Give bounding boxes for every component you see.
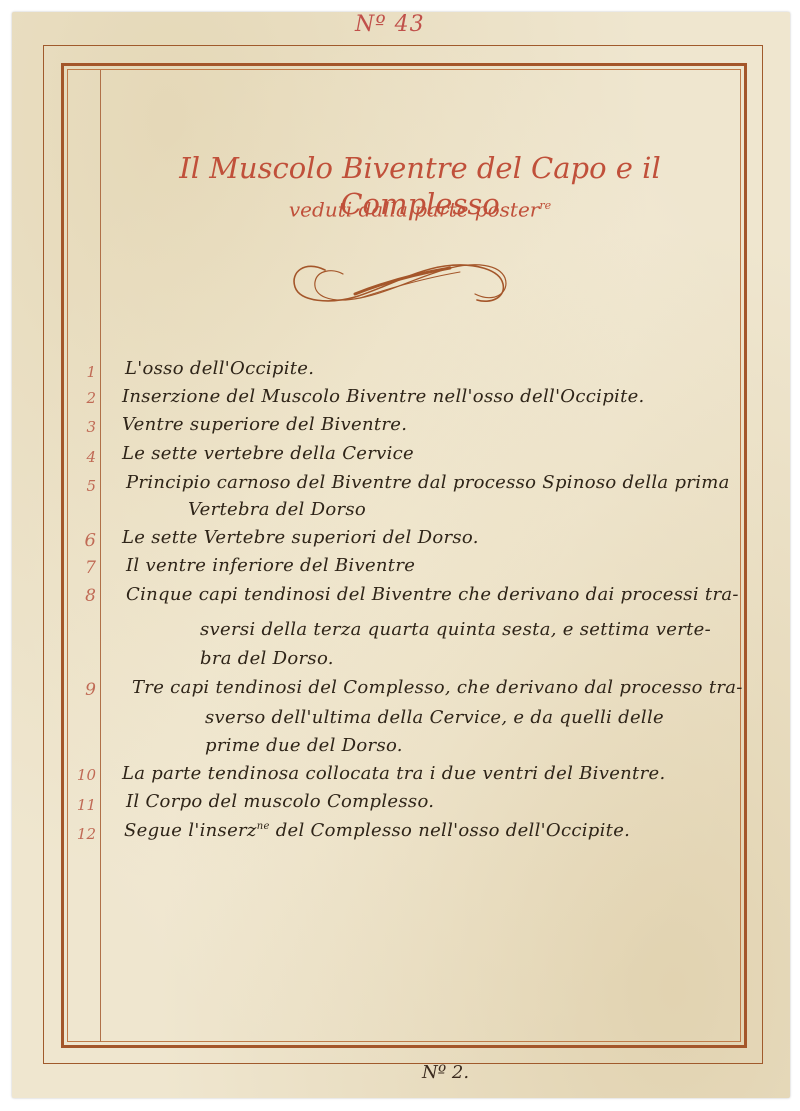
entry-text: Segue l'inserzne del Complesso nell'osso… — [124, 820, 630, 841]
abbreviation-superscript: ne — [257, 821, 270, 832]
entry-number: 7 — [70, 558, 96, 578]
entry-text-continuation: Vertebra del Dorso — [188, 499, 366, 520]
signature-mark: Nº 2. — [422, 1062, 469, 1083]
entry-number: 12 — [70, 825, 96, 843]
entry-text-part: del Complesso nell'osso dell'Occipite. — [270, 820, 631, 841]
entry-text: Il Corpo del muscolo Complesso. — [126, 791, 434, 812]
entry-text: Tre capi tendinosi del Complesso, che de… — [132, 677, 743, 698]
entry-text: La parte tendinosa collocata tra i due v… — [122, 763, 665, 784]
entry-text: Le sette vertebre della Cervice — [122, 443, 414, 464]
entry-number: 5 — [70, 477, 96, 495]
entry-number: 1 — [70, 363, 96, 381]
entry-number: 10 — [70, 766, 96, 784]
entry-text-part: Segue l'inserz — [124, 820, 257, 841]
page-subtitle: veduti dalla parte posterre — [110, 192, 730, 224]
entry-number: 9 — [70, 680, 96, 700]
entry-number: 8 — [70, 586, 96, 606]
entry-number: 11 — [70, 796, 96, 814]
subtitle-superscript: re — [539, 199, 551, 212]
entry-number: 4 — [70, 448, 96, 466]
folio-number: Nº 43 — [355, 12, 425, 37]
entry-number: 3 — [70, 418, 96, 436]
entry-text: Il ventre inferiore del Biventre — [126, 555, 415, 576]
entry-number: 6 — [70, 530, 96, 551]
entry-text-continuation: sversi della terza quarta quinta sesta, … — [200, 619, 711, 640]
entry-text: Inserzione del Muscolo Biventre nell'oss… — [122, 386, 645, 407]
entry-text: Le sette Vertebre superiori del Dorso. — [122, 527, 479, 548]
entry-text: Ventre superiore del Biventre. — [122, 414, 407, 435]
margin-rule — [100, 70, 101, 1042]
flourish-ornament-icon — [285, 252, 515, 312]
entry-text-continuation: bra del Dorso. — [200, 648, 334, 669]
entry-number: 2 — [70, 389, 96, 407]
entry-text: Cinque capi tendinosi del Biventre che d… — [126, 584, 739, 605]
entry-text: Principio carnoso del Biventre dal proce… — [126, 472, 730, 493]
subtitle-text: veduti dalla parte poster — [289, 198, 539, 222]
entry-text-continuation: sverso dell'ultima della Cervice, e da q… — [205, 707, 664, 728]
entry-text-continuation: prime due del Dorso. — [205, 735, 403, 756]
entry-text: L'osso dell'Occipite. — [125, 358, 314, 379]
